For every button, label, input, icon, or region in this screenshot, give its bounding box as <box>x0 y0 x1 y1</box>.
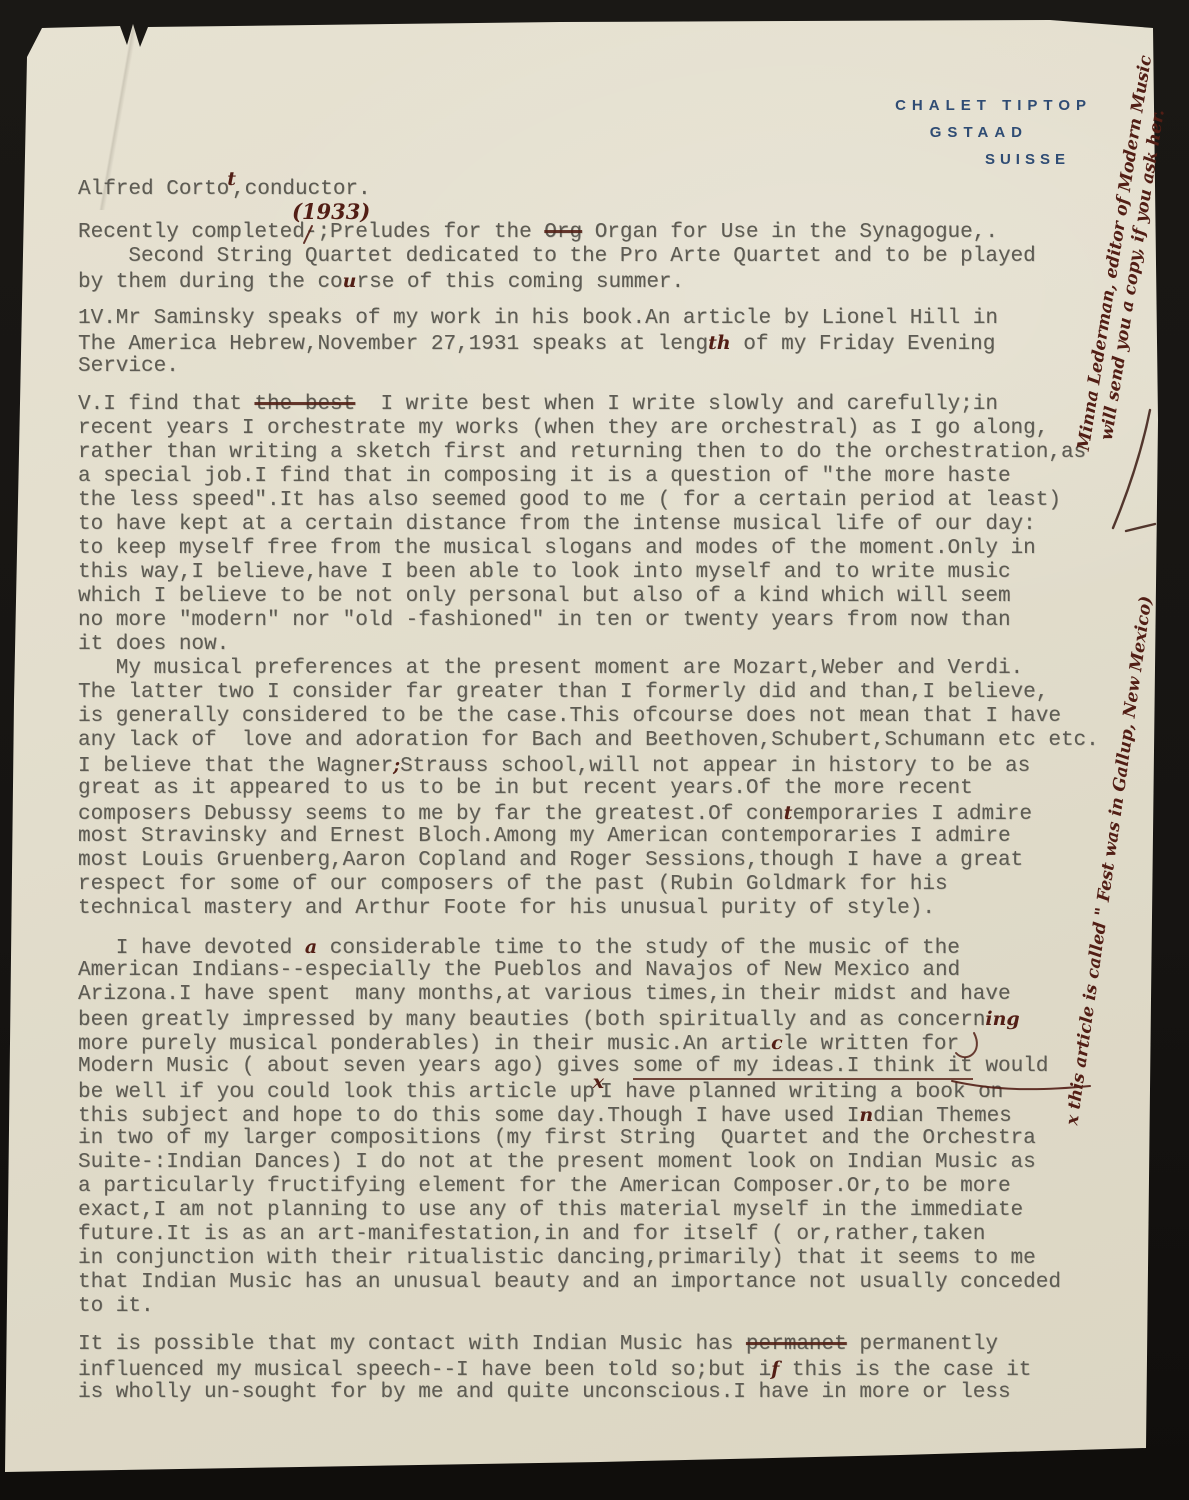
typed-line: Recently completed-;Preludes for the Org… <box>78 221 1099 245</box>
letterhead-chalet-name: CHALET TIPTOP <box>895 92 1092 119</box>
handwritten-correction: th <box>708 332 731 354</box>
handwritten-insertion-mark: x <box>593 1071 604 1093</box>
typed-text: composers Debussy seems to me by far the… <box>78 803 784 826</box>
typed-text: is wholly un-sought for by me and quite … <box>78 1381 1011 1404</box>
typed-text: permanently <box>847 1333 998 1356</box>
typed-text: a particularly fructifying element for t… <box>78 1175 1011 1198</box>
typed-text: influenced my musical speech--I have bee… <box>78 1359 771 1382</box>
typed-text: be well if you could look this article u… <box>78 1081 595 1104</box>
typed-text: is generally considered to be the case.T… <box>78 705 1061 728</box>
typed-line: Arizona.I have spent many months,at vari… <box>78 983 1099 1007</box>
typed-line: this subject and hope to do this some da… <box>78 1103 1099 1127</box>
paragraph-gap <box>78 921 1099 935</box>
typed-line: by them during the course of this coming… <box>78 269 1099 293</box>
typed-line: Second String Quartet dedicated to the P… <box>78 245 1099 269</box>
typed-text: by them during the co <box>78 271 343 294</box>
typed-text: Service. <box>78 355 179 378</box>
handwritten-correction: u <box>343 270 357 292</box>
typed-line: any lack of love and adoration for Bach … <box>78 729 1099 753</box>
typed-text: It is possible that my contact with Indi… <box>78 1333 746 1356</box>
typed-text: exact,I am not planning to use any of th… <box>78 1199 1023 1222</box>
struck-out-text: the best <box>254 393 355 416</box>
typed-text: any lack of love and adoration for Bach … <box>78 729 1099 752</box>
typed-line: Alfred Cortot,conductor. <box>78 176 1099 200</box>
typed-line: is generally considered to be the case.T… <box>78 705 1099 729</box>
typed-text: the less speed".It has also seemed good … <box>78 489 1061 512</box>
typed-line: it does now. <box>78 633 1099 657</box>
typed-text: that Indian Music has an unusual beauty … <box>78 1271 1061 1294</box>
typed-text: The America Hebrew,November 27,1931 spea… <box>78 333 708 356</box>
typed-text: Strauss school,will not appear in histor… <box>400 755 1030 778</box>
typed-line: The America Hebrew,November 27,1931 spea… <box>78 331 1099 355</box>
typed-text: le written for <box>783 1033 959 1056</box>
handwritten-insertion-mark: t <box>227 168 236 190</box>
typed-line: My musical preferences at the present mo… <box>78 657 1099 681</box>
typed-line: Service. <box>78 355 1099 379</box>
typed-text: I have planned writing a book on <box>600 1081 1003 1104</box>
typed-text: respect for some of our composers of the… <box>78 873 948 896</box>
paragraph-gap <box>78 379 1099 393</box>
typed-text: Recently completed-;Preludes for the <box>78 221 544 244</box>
typed-text: this is the case it <box>779 1359 1031 1382</box>
typed-line: 1V.Mr Saminsky speaks of my work in his … <box>78 307 1099 331</box>
handwritten-correction: c <box>771 1032 783 1054</box>
typed-text: in two of my larger compositions (my fir… <box>78 1127 1036 1150</box>
typed-line: recent years I orchestrate my works (whe… <box>78 417 1099 441</box>
typed-text: great as it appeared to us to be in but … <box>78 777 973 800</box>
typed-text: this subject and hope to do this some da… <box>78 1105 859 1128</box>
hand-underlined-text: some of my ideas.I think it <box>633 1055 973 1080</box>
typed-text: which I believe to be not only personal … <box>78 585 1011 608</box>
typed-line: technical mastery and Arthur Foote for h… <box>78 897 1099 921</box>
typed-text: rse of this coming summer. <box>356 271 684 294</box>
letterhead-country: SUISSE <box>895 146 1092 173</box>
handwritten-correction: t <box>784 802 793 824</box>
paragraph-gap <box>78 293 1099 307</box>
typed-line: that Indian Music has an unusual beauty … <box>78 1271 1099 1295</box>
typed-line: future.It is as an art-manifestation,in … <box>78 1223 1099 1247</box>
typed-text: Arizona.I have spent many months,at vari… <box>78 983 1011 1006</box>
typed-text: rather than writing a sketch first and r… <box>78 441 1086 464</box>
typed-line: this way,I believe,have I been able to l… <box>78 561 1099 585</box>
typed-text: ,conductor. <box>232 178 371 201</box>
typed-text: to keep myself free from the musical slo… <box>78 537 1036 560</box>
typed-text: Modern Music ( about seven years ago) gi… <box>78 1055 633 1078</box>
typed-line: respect for some of our composers of the… <box>78 873 1099 897</box>
typed-line: exact,I am not planning to use any of th… <box>78 1199 1099 1223</box>
typed-line: most Louis Gruenberg,Aaron Copland and R… <box>78 849 1099 873</box>
typed-line: more purely musical ponderables) in thei… <box>78 1031 1099 1055</box>
typed-line: It is possible that my contact with Indi… <box>78 1333 1099 1357</box>
letterhead-town: GSTAAD <box>895 119 1092 146</box>
typed-text: this way,I believe,have I been able to l… <box>78 561 1011 584</box>
typed-text: V.I find that <box>78 393 254 416</box>
typed-line: no more "modern" nor "old -fashioned" in… <box>78 609 1099 633</box>
typed-line: a special job.I find that in composing i… <box>78 465 1099 489</box>
typed-text: would <box>973 1055 1049 1078</box>
typed-text: to have kept at a certain distance from … <box>78 513 1036 536</box>
typed-text: I write best when I write slowly and car… <box>355 393 998 416</box>
typed-text: future.It is as an art-manifestation,in … <box>78 1223 985 1246</box>
typed-line: in conjunction with their ritualistic da… <box>78 1247 1099 1271</box>
letterhead: CHALET TIPTOP GSTAAD SUISSE <box>895 92 1092 173</box>
scanned-letter-page: CHALET TIPTOP GSTAAD SUISSE Alfred Corto… <box>0 0 1189 1500</box>
struck-out-text: Org <box>544 221 582 244</box>
typed-text: 1V.Mr Saminsky speaks of my work in his … <box>78 307 998 330</box>
typed-line: Modern Music ( about seven years ago) gi… <box>78 1055 1099 1079</box>
typed-text: most Stravinsky and Ernest Bloch.Among m… <box>78 825 1011 848</box>
typed-line: rather than writing a sketch first and r… <box>78 441 1099 465</box>
typed-text: I believe that the Wagner <box>78 755 393 778</box>
typed-line: the less speed".It has also seemed good … <box>78 489 1099 513</box>
typed-line: great as it appeared to us to be in but … <box>78 777 1099 801</box>
typed-text: Alfred Corto <box>78 178 229 201</box>
typed-text: in conjunction with their ritualistic da… <box>78 1247 1036 1270</box>
handwritten-correction: n <box>859 1104 873 1126</box>
typed-text: Suite-:Indian Dances) I do not at the pr… <box>78 1151 1036 1174</box>
typed-line: I believe that the Wagner;Strauss school… <box>78 753 1099 777</box>
typed-line: to have kept at a certain distance from … <box>78 513 1099 537</box>
typed-line: in two of my larger compositions (my fir… <box>78 1127 1099 1151</box>
typed-text: considerable time to the study of the mu… <box>317 937 960 960</box>
typed-text: recent years I orchestrate my works (whe… <box>78 417 1048 440</box>
typed-text: Organ for Use in the Synagogue,. <box>582 221 998 244</box>
typed-text: a special job.I find that in composing i… <box>78 465 1011 488</box>
handwritten-inserted-line: (1933) <box>78 200 1099 221</box>
handwritten-correction: ing <box>985 1008 1019 1030</box>
typed-line: be well if you could look this article u… <box>78 1079 1099 1103</box>
typed-text: dian Themes <box>873 1105 1012 1128</box>
typed-text: Second String Quartet dedicated to the P… <box>78 245 1036 268</box>
typed-text: more purely musical ponderables) in thei… <box>78 1033 771 1056</box>
typed-text: of my Friday Evening <box>731 333 996 356</box>
typed-text: it does now. <box>78 633 229 656</box>
typed-line: composers Debussy seems to me by far the… <box>78 801 1099 825</box>
typed-body: Alfred Cortot,conductor.(1933)Recently c… <box>78 176 1099 1405</box>
paragraph-gap <box>78 1319 1099 1333</box>
typed-text: no more "modern" nor "old -fashioned" in… <box>78 609 1011 632</box>
typed-text: to it. <box>78 1295 154 1318</box>
typed-text: emporaries I admire <box>793 803 1032 826</box>
typed-text: I have devoted <box>78 937 305 960</box>
struck-out-text: permanet <box>746 1333 847 1356</box>
typed-text: technical mastery and Arthur Foote for h… <box>78 897 935 920</box>
typed-line: I have devoted a considerable time to th… <box>78 935 1099 959</box>
typed-line: V.I find that the best I write best when… <box>78 393 1099 417</box>
typed-line: Suite-:Indian Dances) I do not at the pr… <box>78 1151 1099 1175</box>
typed-line: to keep myself free from the musical slo… <box>78 537 1099 561</box>
typed-line: American Indians--especially the Pueblos… <box>78 959 1099 983</box>
typed-text: most Louis Gruenberg,Aaron Copland and R… <box>78 849 1023 872</box>
typed-line: to it. <box>78 1295 1099 1319</box>
typed-line: The latter two I consider far greater th… <box>78 681 1099 705</box>
typed-text: My musical preferences at the present mo… <box>78 657 1023 680</box>
typed-text: The latter two I consider far greater th… <box>78 681 1048 704</box>
typed-line: most Stravinsky and Ernest Bloch.Among m… <box>78 825 1099 849</box>
typed-line: been greatly impressed by many beauties … <box>78 1007 1099 1031</box>
typed-text: been greatly impressed by many beauties … <box>78 1009 985 1032</box>
typed-text: American Indians--especially the Pueblos… <box>78 959 960 982</box>
typed-line: which I believe to be not only personal … <box>78 585 1099 609</box>
handwritten-correction: a <box>305 936 317 958</box>
typed-line: influenced my musical speech--I have bee… <box>78 1357 1099 1381</box>
typed-line: a particularly fructifying element for t… <box>78 1175 1099 1199</box>
typed-line: is wholly un-sought for by me and quite … <box>78 1381 1099 1405</box>
